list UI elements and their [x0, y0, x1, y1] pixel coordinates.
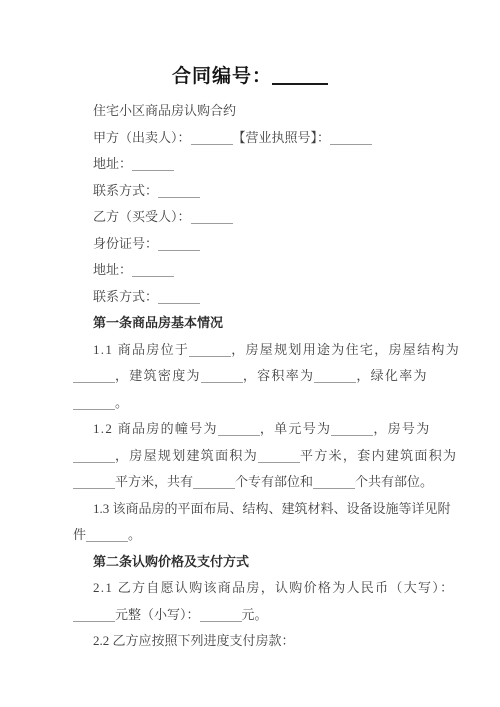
party-b-contact-line: 联系方式： — [73, 284, 429, 311]
blank-field — [73, 609, 115, 622]
blank-field — [86, 529, 128, 542]
contract-document-page: 合同编号： 住宅小区商品房认购合约 甲方（出卖人）：【营业执照号】： 地址： 联… — [0, 0, 500, 707]
blank-field — [314, 370, 356, 383]
clause-2-2-line-1: 2.2 乙方应按照下列进度支付房款： — [73, 628, 429, 655]
clause-1-1-line-2: ，建筑密度为，容积率为，绿化率为 — [73, 363, 429, 390]
blank-field — [191, 211, 233, 224]
blank-field — [158, 238, 200, 251]
blank-field — [331, 423, 373, 436]
party-a-line: 甲方（出卖人）：【营业执照号】： — [73, 125, 429, 152]
blank-field — [73, 476, 115, 489]
blank-field — [158, 291, 200, 304]
blank-field — [132, 264, 174, 277]
party-b-address-line: 地址： — [73, 257, 429, 284]
contract-body: 住宅小区商品房认购合约 甲方（出卖人）：【营业执照号】： 地址： 联系方式： 乙… — [73, 98, 429, 655]
blank-field — [218, 423, 260, 436]
blank-field — [200, 609, 242, 622]
blank-field — [191, 132, 233, 145]
section-1-heading: 第一条商品房基本情况 — [73, 310, 429, 337]
clause-2-1-line-2: 元整（小写）：元。 — [73, 602, 429, 629]
party-a-contact-line: 联系方式： — [73, 178, 429, 205]
blank-field — [313, 476, 355, 489]
clause-1-1-line-3: 。 — [73, 390, 429, 417]
blank-field — [272, 69, 328, 85]
clause-1-1-line-1: 1.1 商品房位于，房屋规划用途为住宅，房屋结构为 — [73, 337, 429, 364]
blank-field — [158, 185, 200, 198]
blank-field — [193, 476, 235, 489]
blank-field — [132, 158, 174, 171]
subtitle-line: 住宅小区商品房认购合约 — [73, 98, 429, 125]
clause-1-3-line-1: 1.3 该商品房的平面布局、结构、建筑材料、设备设施等详见附 — [73, 496, 429, 523]
section-2-heading: 第二条认购价格及支付方式 — [73, 549, 429, 576]
blank-field — [73, 450, 115, 463]
blank-field — [73, 397, 115, 410]
clause-1-2-line-3: 平方米，共有个专有部位和个共有部位。 — [73, 469, 429, 496]
blank-field — [330, 132, 372, 145]
clause-1-2-line-1: 1.2 商品房的幢号为，单元号为，房号为 — [73, 416, 429, 443]
clause-2-1-line-1: 2.1 乙方自愿认购该商品房，认购价格为人民币（大写）： — [73, 575, 429, 602]
party-a-address-line: 地址： — [73, 151, 429, 178]
party-b-line: 乙方（买受人）： — [73, 204, 429, 231]
clause-1-3-line-2: 件。 — [73, 522, 429, 549]
blank-field — [258, 450, 300, 463]
blank-field — [189, 344, 231, 357]
clause-1-2-line-2: ，房屋规划建筑面积为平方米，套内建筑面积为 — [73, 443, 429, 470]
contract-number-title: 合同编号： — [0, 63, 500, 90]
blank-field — [201, 370, 243, 383]
party-b-id-line: 身份证号： — [73, 231, 429, 258]
blank-field — [73, 370, 115, 383]
